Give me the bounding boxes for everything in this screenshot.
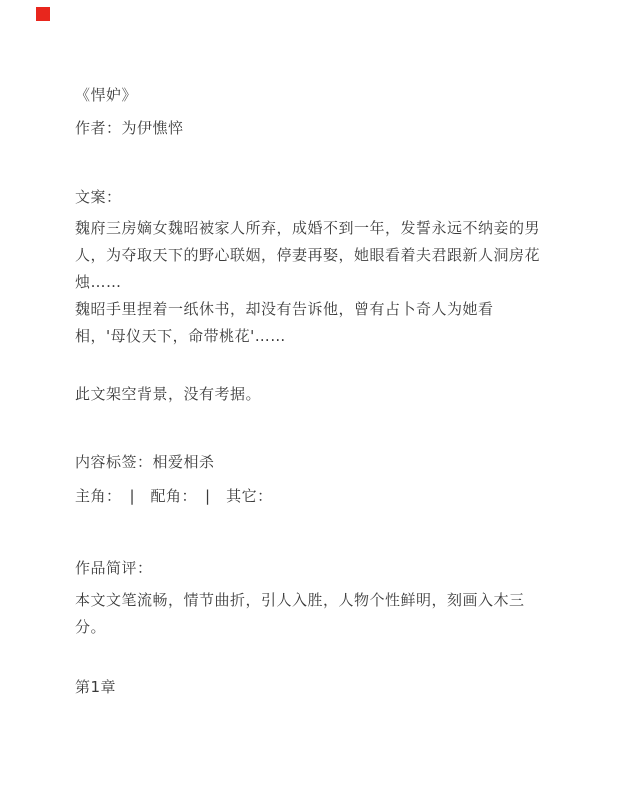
- synopsis-paragraph-2: 魏昭手里捏着一纸休书，却没有告诉他，曾有占卜奇人为她看相，'母仪天下，命带桃花'…: [75, 296, 540, 350]
- content-tags-line: 内容标签：相爱相杀: [75, 449, 540, 476]
- synopsis-label: 文案：: [75, 184, 540, 211]
- author-line: 作者：为伊憔悴: [75, 115, 540, 142]
- chapter-heading: 第1章: [75, 674, 540, 701]
- novel-title: 《悍妒》: [75, 82, 540, 109]
- novel-info-page: 《悍妒》 作者：为伊憔悴 文案： 魏府三房嫡女魏昭被家人所弃，成婚不到一年，发誓…: [0, 0, 618, 701]
- synopsis-paragraph-1: 魏府三房嫡女魏昭被家人所弃，成婚不到一年，发誓永远不纳妾的男人，为夺取天下的野心…: [75, 215, 540, 296]
- review-text: 本文文笔流畅，情节曲折，引人入胜，人物个性鲜明，刻画入木三分。: [75, 587, 540, 641]
- roles-line: 主角： | 配角： | 其它：: [75, 483, 540, 510]
- review-label: 作品简评：: [75, 555, 540, 582]
- setting-note-line: 此文架空背景，没有考据。: [75, 381, 540, 408]
